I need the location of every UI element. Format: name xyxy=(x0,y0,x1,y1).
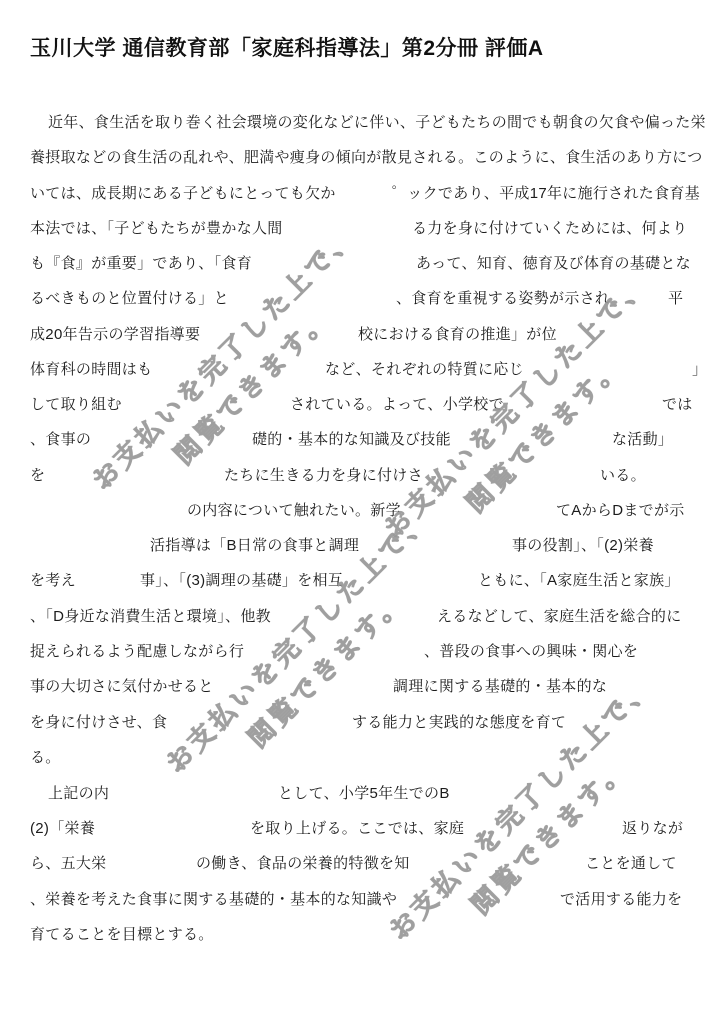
text-segment: 校における食育の推進」が位 xyxy=(358,324,557,346)
text-segment: あって、知育、徳育及び体育の基礎とな xyxy=(416,253,691,275)
text-segment: ら、五大栄 xyxy=(30,853,107,875)
text-segment: えるなどして、家庭生活を総合的に xyxy=(437,606,682,628)
text-segment: てAからDまでが示 xyxy=(556,500,685,522)
text-segment: 活指導は「B日常の食事と調理 xyxy=(150,535,359,557)
text-segment: (2)「栄養 xyxy=(30,818,95,840)
text-segment: 調理に関する基礎的・基本的な xyxy=(393,676,607,698)
text-segment: 育てることを目標とする。 xyxy=(30,924,214,946)
text-line: 、栄養を考えた食事に関する基礎的・基本的な知識やで活用する能力を xyxy=(0,889,724,913)
text-segment: の内容について触れたい。新学 xyxy=(187,500,401,522)
text-line: 養摂取などの食生活の乱れや、肥満や痩身の傾向が散見される。このように、食生活のあ… xyxy=(0,147,724,171)
text-segment: 事の大切さに気付かせると xyxy=(30,676,214,698)
text-line: 近年、食生活を取り巻く社会環境の変化などに伴い、子どもたちの間でも朝食の欠食や偏… xyxy=(0,112,724,136)
text-segment: ともに、「A家庭生活と家族」 xyxy=(478,570,680,592)
text-segment: 事の役割」、「(2)栄養 xyxy=(512,535,654,557)
document-page: 玉川大学 通信教育部「家庭科指導法」第2分冊 評価A 近年、食生活を取り巻く社会… xyxy=(0,0,724,1024)
text-segment: を考え xyxy=(30,570,76,592)
text-segment: 礎的・基本的な知識及び技能 xyxy=(252,429,451,451)
text-line: 育てることを目標とする。 xyxy=(0,924,724,948)
text-segment: 事」、「(3)調理の基礎」を相互 xyxy=(140,570,343,592)
text-segment: 、「D身近な消費生活と環境」、他教 xyxy=(30,606,271,628)
text-segment: など、それぞれの特質に応じ xyxy=(325,359,524,381)
text-line: して取り組むされている。よって、小学校ででは xyxy=(0,394,724,418)
text-line: いては、成長期にある子どもにとっても欠か゜ックであり、平成17年に施行された食育… xyxy=(0,183,724,207)
text-line: の内容について触れたい。新学てAからDまでが示 xyxy=(0,500,724,524)
text-segment: 近年、食生活を取り巻く社会環境の変化などに伴い、子どもたちの間でも朝食の欠食や偏… xyxy=(48,112,706,134)
text-segment: 、食育を重視する姿勢が示され xyxy=(396,288,610,310)
text-segment: る。 xyxy=(30,747,61,769)
text-line: (2)「栄養を取り上げる。ここでは、家庭返りなが xyxy=(0,818,724,842)
text-segment: では xyxy=(662,394,693,416)
document-title: 玉川大学 通信教育部「家庭科指導法」第2分冊 評価A xyxy=(30,32,544,62)
text-segment: を身に付けさせ、食 xyxy=(30,712,167,734)
text-segment: で活用する能力を xyxy=(560,889,682,911)
text-segment: する能力と実践的な態度を育て xyxy=(352,712,566,734)
text-line: ら、五大栄の働き、食品の栄養的特徴を知ことを通して xyxy=(0,853,724,877)
text-segment: いる。 xyxy=(600,465,646,487)
text-segment: 、栄養を考えた食事に関する基礎的・基本的な知識や xyxy=(30,889,397,911)
text-line: 本法では、「子どもたちが豊かな人間る力を身に付けていくためには、何より xyxy=(0,218,724,242)
text-segment: 、普段の食事への興味・関心を xyxy=(424,641,638,663)
text-segment: 成20年告示の学習指導要 xyxy=(30,324,200,346)
text-segment: 返りなが xyxy=(622,818,683,840)
text-segment: いては、成長期にある子どもにとっても欠か xyxy=(30,183,336,205)
text-segment: る力を身に付けていくためには、何より xyxy=(412,218,687,240)
text-segment: 上記の内 xyxy=(48,783,109,805)
text-segment: として、小学5年生でのB xyxy=(278,783,450,805)
text-segment: 、食事の xyxy=(30,429,91,451)
text-segment: ことを通して xyxy=(585,853,677,875)
text-segment: 捉えられるよう配慮しながら行 xyxy=(30,641,244,663)
text-segment: を取り上げる。ここでは、家庭 xyxy=(250,818,464,840)
text-segment: 本法では、「子どもたちが豊かな人間 xyxy=(30,218,283,240)
text-segment: を xyxy=(30,465,45,487)
text-segment: 体育科の時間はも xyxy=(30,359,152,381)
text-segment: るべきものと位置付ける」と xyxy=(30,288,229,310)
text-segment: な活動」 xyxy=(612,429,673,451)
text-segment: して取り組む xyxy=(30,394,122,416)
text-segment: 養摂取などの食生活の乱れや、肥満や痩身の傾向が散見される。このように、食生活のあ… xyxy=(30,147,703,169)
text-segment: も『食』が重要」であり、「食育 xyxy=(30,253,252,275)
text-segment: の働き、食品の栄養的特徴を知 xyxy=(196,853,410,875)
text-segment: たちに生きる力を身に付けさ xyxy=(224,465,423,487)
text-segment: されている。よって、小学校で xyxy=(290,394,504,416)
text-segment: 」 xyxy=(692,359,707,381)
text-segment: ゜ックであり、平成17年に施行された食育基 xyxy=(392,183,700,205)
